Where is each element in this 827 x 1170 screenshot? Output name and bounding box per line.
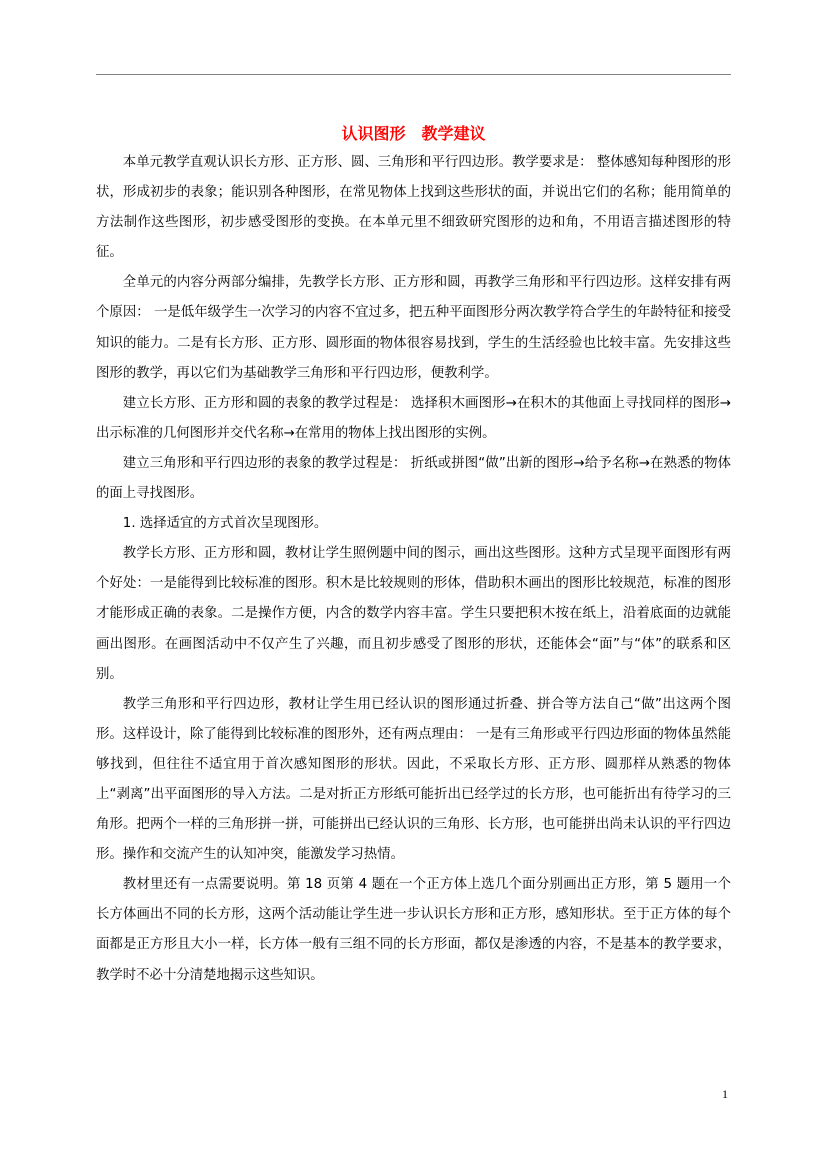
paragraph-arrangement: 全单元的内容分两部分编排，先教学长方形、正方形和圆，再教学三角形和平行四边形。这… <box>96 268 731 388</box>
paragraph-textbook-note: 教材里还有一点需要说明。第 18 页第 4 题在一个正方体上选几个面分别画出正方… <box>96 870 731 990</box>
paragraph-process-triangle-parallelogram: 建立三角形和平行四边形的表象的教学过程是： 折纸或拼图“做”出新的图形→给予名称… <box>96 449 731 509</box>
list-item-1: 1. 选择适宜的方式首次呈现图形。 <box>96 509 731 539</box>
paragraph-process-rect-square-circle: 建立长方形、正方形和圆的表象的教学过程是： 选择积木画图形→在积木的其他面上寻找… <box>96 389 731 449</box>
document-body: 本单元教学直观认识长方形、正方形、圆、三角形和平行四边形。教学要求是： 整体感知… <box>96 148 731 991</box>
paragraph-drawing-shapes: 教学长方形、正方形和圆，教材让学生照例题中间的图示，画出这些图形。这种方式呈现平… <box>96 539 731 689</box>
paragraph-folding-shapes: 教学三角形和平行四边形，教材让学生用已经认识的图形通过折叠、拼合等方法自己“做”… <box>96 690 731 871</box>
header-rule <box>96 74 731 75</box>
paragraph-intro: 本单元教学直观认识长方形、正方形、圆、三角形和平行四边形。教学要求是： 整体感知… <box>96 148 731 268</box>
document-title: 认识图形 教学建议 <box>96 123 731 145</box>
page-number: 1 <box>722 1087 728 1102</box>
